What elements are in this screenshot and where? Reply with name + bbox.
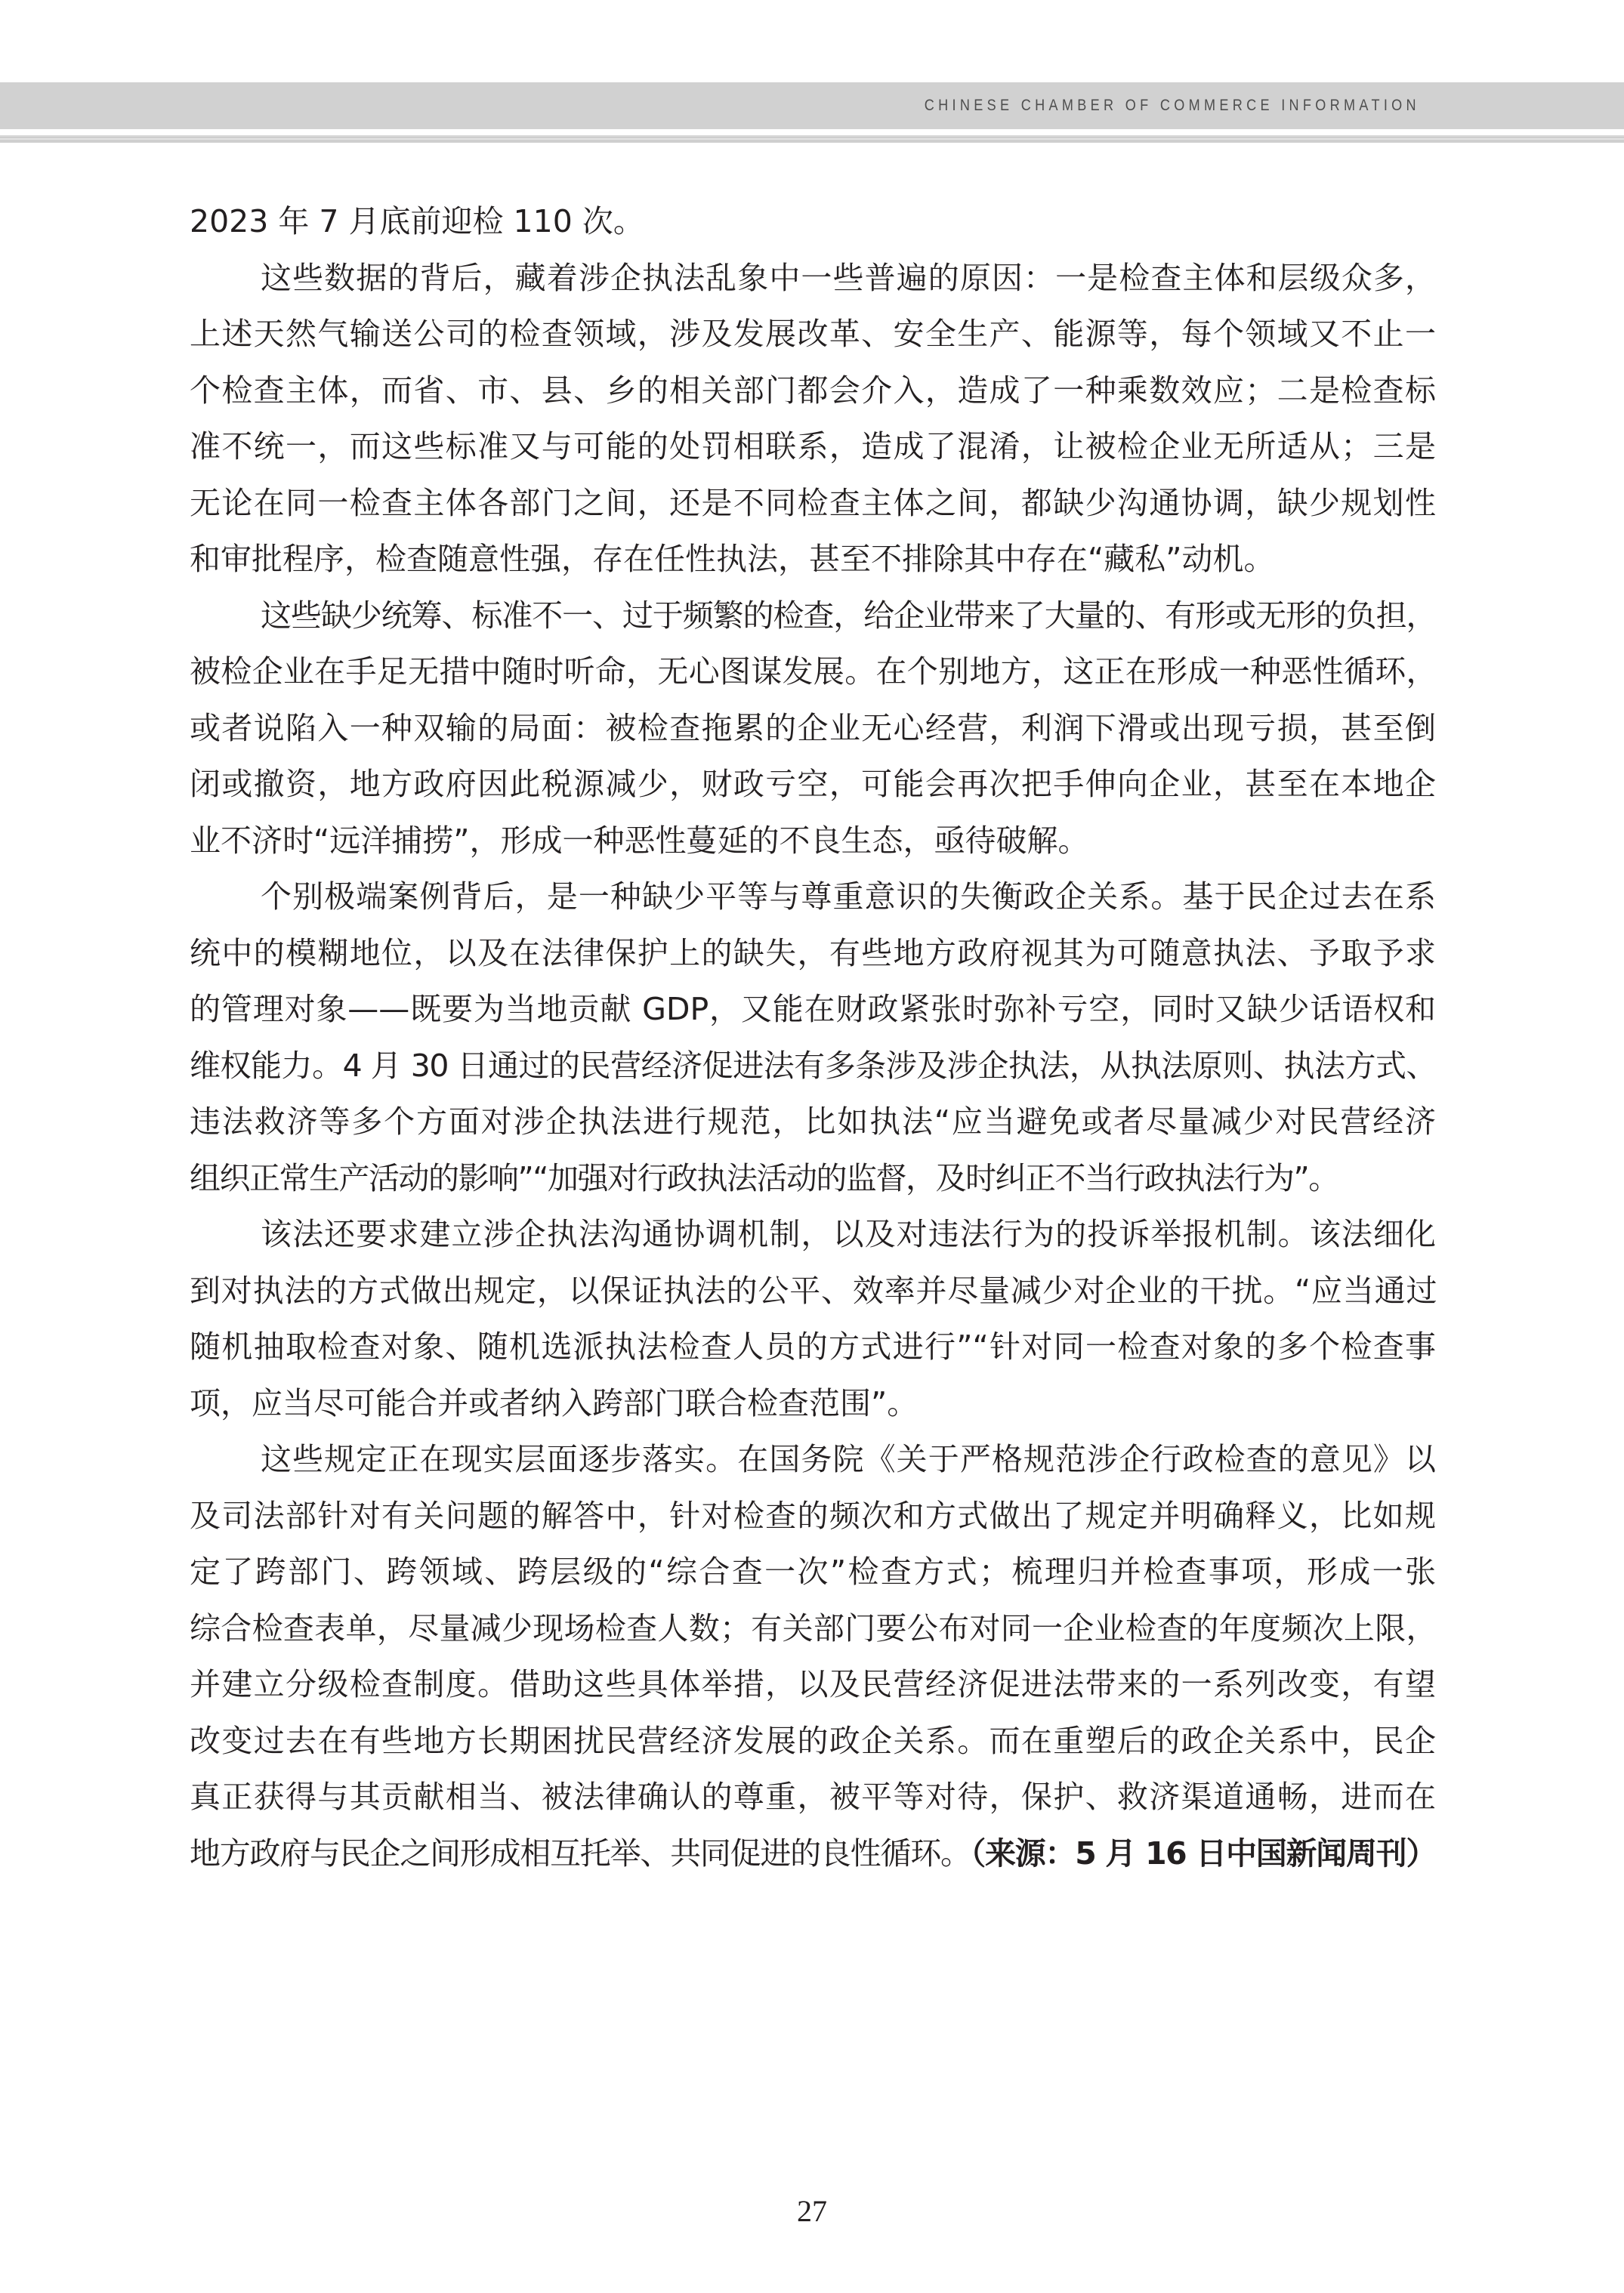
text-line: 和审批程序，检查随意性强，存在任性执法，甚至不排除其中存在“藏私”动机。 (190, 531, 1436, 588)
text-line: 地方政府与民企之间形成相互托举、共同促进的良性循环。 (190, 1835, 971, 1872)
text-line: 定了跨部门、跨领域、跨层级的“综合查一次”检查方式；梳理归并检查事项，形成一张 (190, 1544, 1436, 1600)
text-line: 上述天然气输送公司的检查领域，涉及发展改革、安全生产、能源等，每个领域又不止一 (190, 306, 1436, 363)
text-line: 综合检查表单，尽量减少现场检查人数；有关部门要公布对同一企业检查的年度频次上限， (190, 1600, 1436, 1657)
text-line: 闭或撤资，地方政府因此税源减少，财政亏空，可能会再次把手伸向企业，甚至在本地企 (190, 756, 1436, 813)
text-line: 个别极端案例背后，是一种缺少平等与尊重意识的失衡政企关系。基于民企过去在系 (190, 869, 1436, 925)
paragraph: 个别极端案例背后，是一种缺少平等与尊重意识的失衡政企关系。基于民企过去在系 统中… (190, 869, 1436, 1206)
text-line: 违法救济等多个方面对涉企执法进行规范，比如执法“应当避免或者尽量减少对民营经济 (190, 1094, 1436, 1150)
text-line: 这些数据的背后，藏着涉企执法乱象中一些普遍的原因：一是检查主体和层级众多， (190, 250, 1436, 307)
paragraph: 2023 年 7 月底前迎检 110 次。 (190, 193, 1436, 250)
source-citation: （来源：5 月 16 日中国新闻周刊） (971, 1835, 1436, 1872)
text-line: 这些规定正在现实层面逐步落实。在国务院《关于严格规范涉企行政检查的意见》以 (190, 1431, 1436, 1488)
article-body: 2023 年 7 月底前迎检 110 次。 这些数据的背后，藏着涉企执法乱象中一… (190, 193, 1436, 1881)
text-line-with-source: 地方政府与民企之间形成相互托举、共同促进的良性循环。（来源：5 月 16 日中国… (190, 1825, 1436, 1882)
text-line: 业不济时“远洋捕捞”，形成一种恶性蔓延的不良生态，亟待破解。 (190, 813, 1436, 869)
paragraph: 这些缺少统筹、标准不一、过于频繁的检查，给企业带来了大量的、有形或无形的负担， … (190, 588, 1436, 869)
page-number: 27 (0, 2193, 1624, 2229)
header-divider (0, 135, 1624, 143)
text-line: 无论在同一检查主体各部门之间，还是不同检查主体之间，都缺少沟通协调，缺少规划性 (190, 475, 1436, 532)
text-line: 被检企业在手足无措中随时听命，无心图谋发展。在个别地方，这正在形成一种恶性循环， (190, 643, 1436, 700)
text-line: 该法还要求建立涉企执法沟通协调机制，以及对违法行为的投诉举报机制。该法细化 (190, 1206, 1436, 1263)
publication-title: CHINESE CHAMBER OF COMMERCE INFORMATION (925, 82, 1420, 129)
text-line: 的管理对象——既要为当地贡献 GDP，又能在财政紧张时弥补亏空，同时又缺少话语权… (190, 981, 1436, 1038)
text-line: 到对执法的方式做出规定，以保证执法的公平、效率并尽量减少对企业的干扰。“应当通过 (190, 1263, 1436, 1319)
text-line: 个检查主体，而省、市、县、乡的相关部门都会介入，造成了一种乘数效应；二是检查标 (190, 363, 1436, 419)
text-line: 2023 年 7 月底前迎检 110 次。 (190, 193, 1436, 250)
text-line: 随机抽取检查对象、随机选派执法检查人员的方式进行”“针对同一检查对象的多个检查事 (190, 1319, 1436, 1375)
text-line: 并建立分级检查制度。借助这些具体举措，以及民营经济促进法带来的一系列改变，有望 (190, 1656, 1436, 1713)
text-line: 维权能力。4 月 30 日通过的民营经济促进法有多条涉及涉企执法，从执法原则、执… (190, 1038, 1436, 1094)
text-line: 改变过去在有些地方长期困扰民营经济发展的政企关系。而在重塑后的政企关系中，民企 (190, 1713, 1436, 1770)
paragraph: 这些规定正在现实层面逐步落实。在国务院《关于严格规范涉企行政检查的意见》以 及司… (190, 1431, 1436, 1881)
text-line: 项，应当尽可能合并或者纳入跨部门联合检查范围”。 (190, 1375, 1436, 1432)
text-line: 真正获得与其贡献相当、被法律确认的尊重，被平等对待，保护、救济渠道通畅，进而在 (190, 1769, 1436, 1825)
text-line: 及司法部针对有关问题的解答中，针对检查的频次和方式做出了规定并明确释义，比如规 (190, 1488, 1436, 1545)
text-line: 或者说陷入一种双输的局面：被检查拖累的企业无心经营，利润下滑或出现亏损，甚至倒 (190, 700, 1436, 757)
text-line: 这些缺少统筹、标准不一、过于频繁的检查，给企业带来了大量的、有形或无形的负担， (190, 588, 1436, 644)
text-line: 统中的模糊地位，以及在法律保护上的缺失，有些地方政府视其为可随意执法、予取予求 (190, 925, 1436, 982)
paragraph: 这些数据的背后，藏着涉企执法乱象中一些普遍的原因：一是检查主体和层级众多， 上述… (190, 250, 1436, 588)
text-line: 组织正常生产活动的影响”“加强对行政执法活动的监督，及时纠正不当行政执法行为”。 (190, 1150, 1436, 1207)
paragraph: 该法还要求建立涉企执法沟通协调机制，以及对违法行为的投诉举报机制。该法细化 到对… (190, 1206, 1436, 1431)
header-band: CHINESE CHAMBER OF COMMERCE INFORMATION (0, 82, 1624, 129)
text-line: 准不统一，而这些标准又与可能的处罚相联系，造成了混淆，让被检企业无所适从；三是 (190, 418, 1436, 475)
